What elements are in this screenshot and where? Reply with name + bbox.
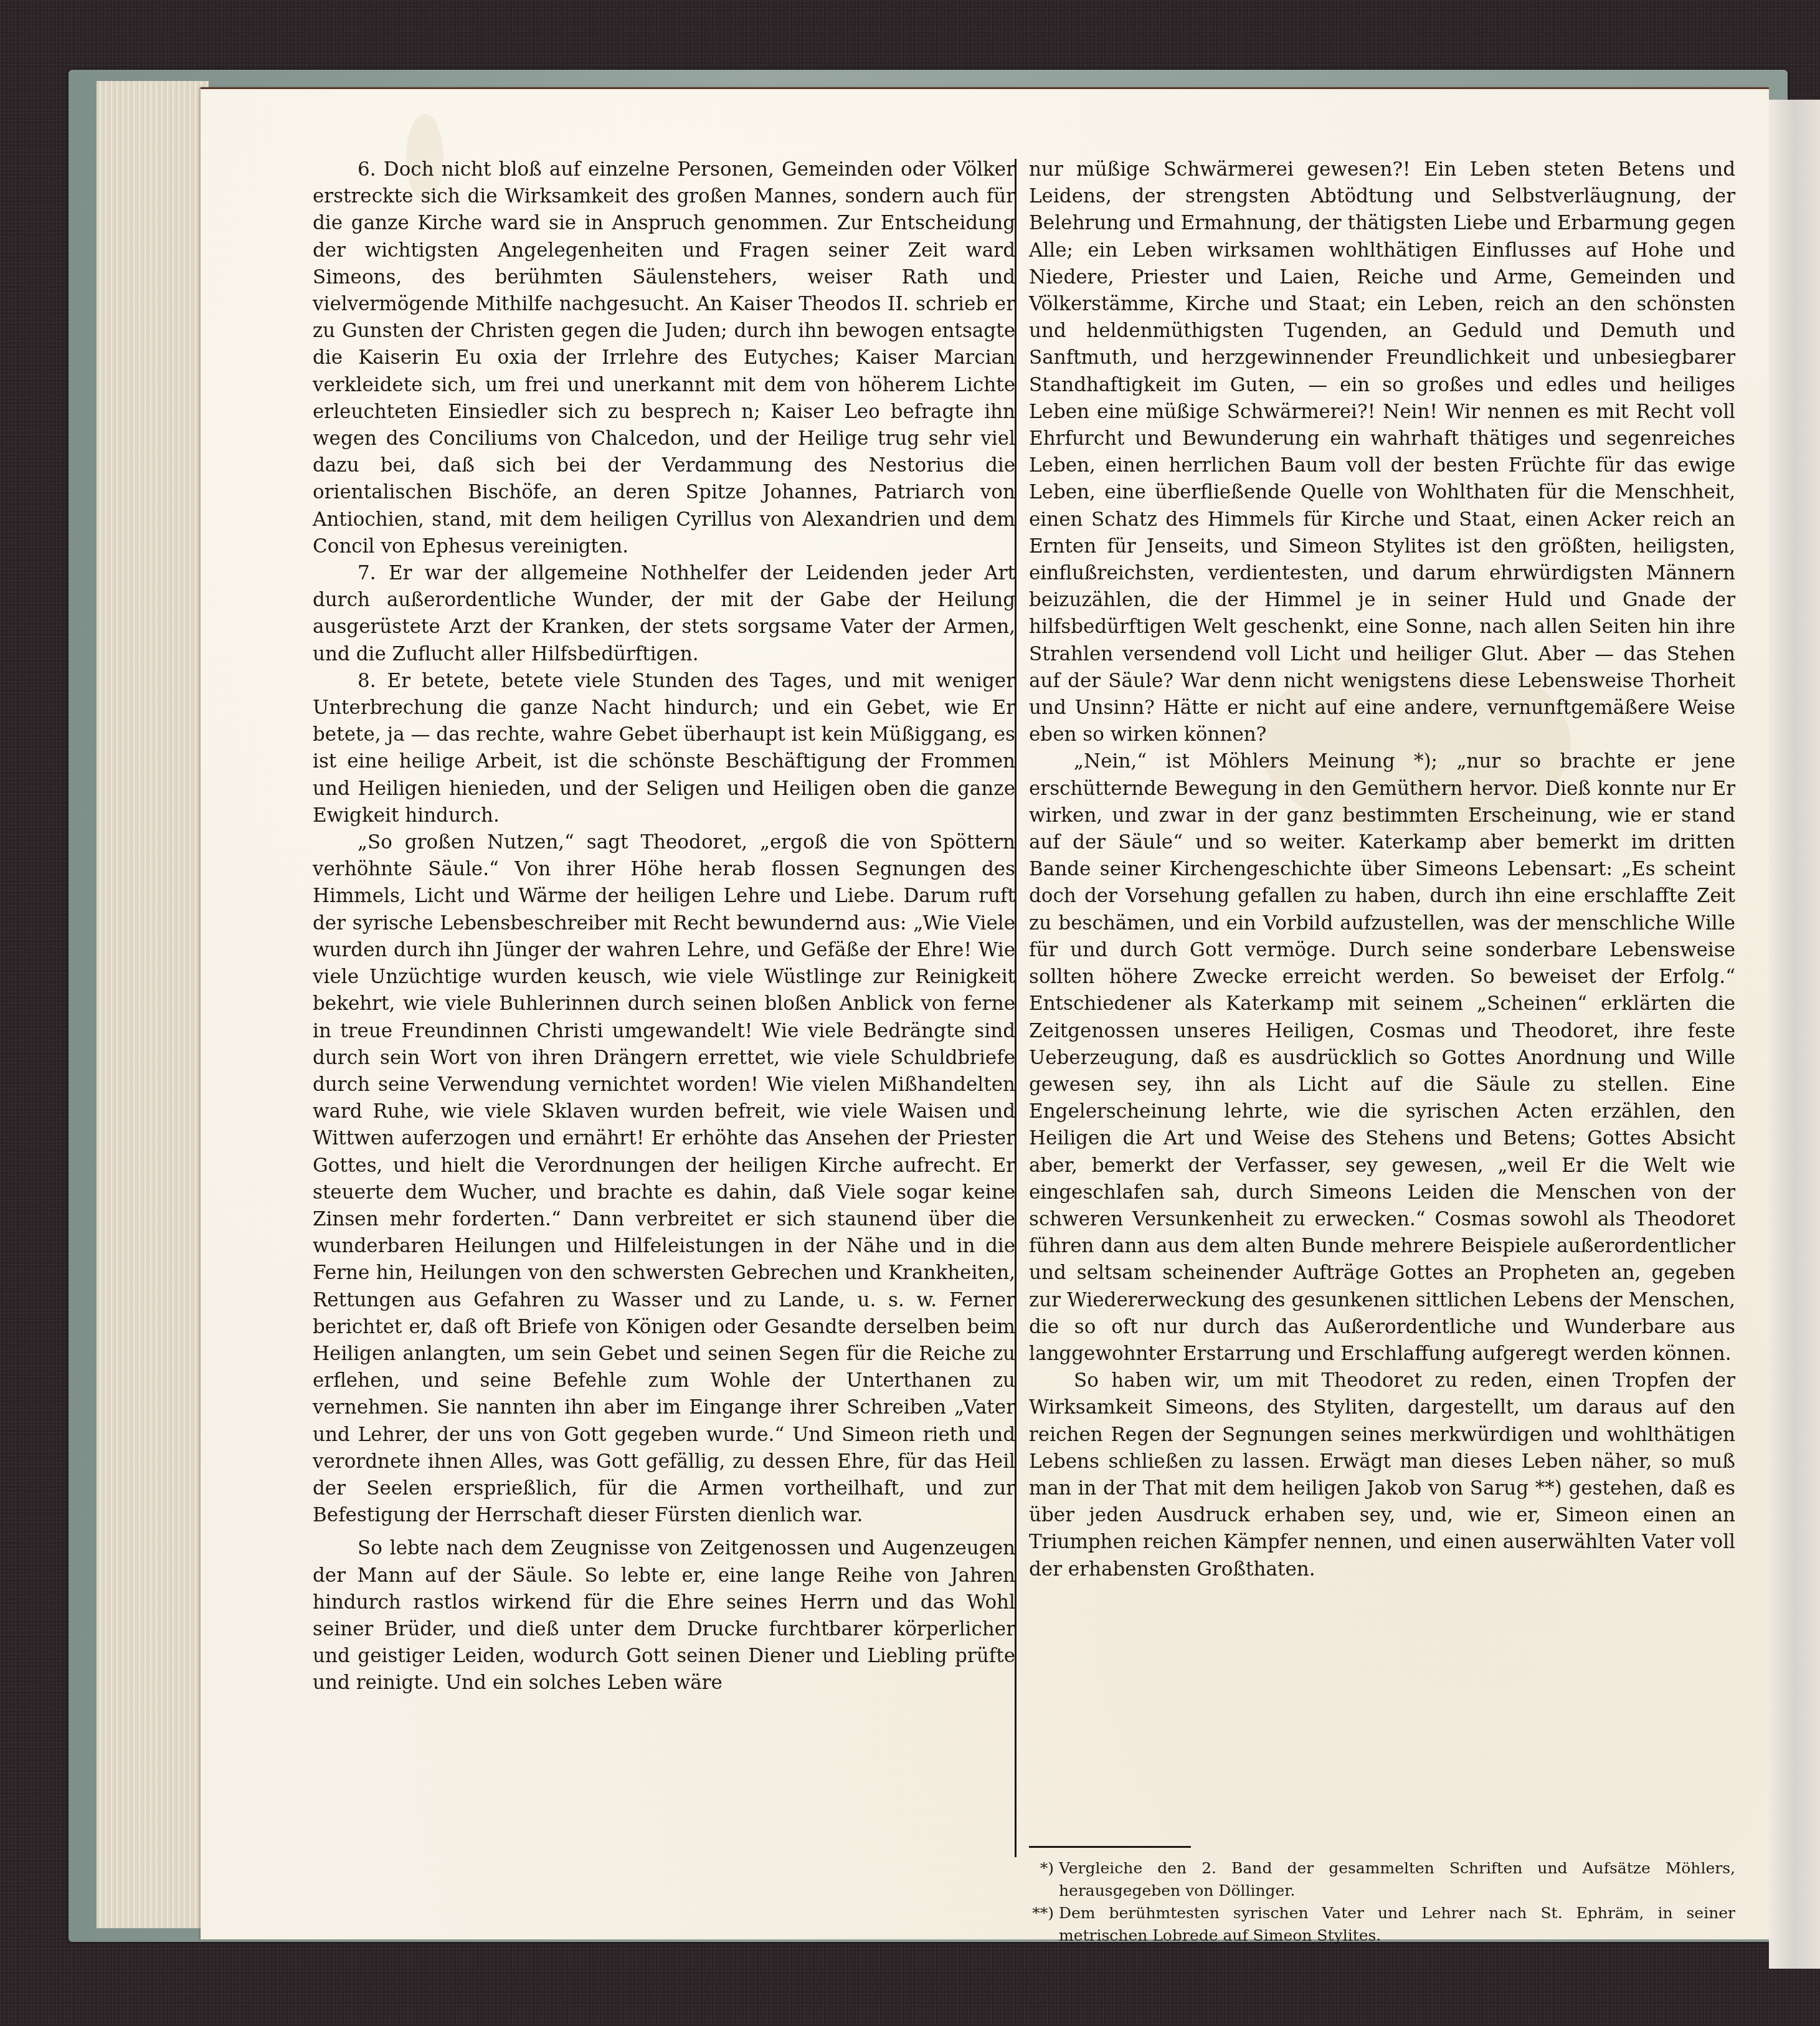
paragraph-moehler: „Nein,“ ist Möhlers Meinung *); „nur so … bbox=[1029, 748, 1735, 1367]
paragraph-continuation: nur müßige Schwärmerei gewesen?! Ein Leb… bbox=[1029, 156, 1735, 748]
facing-page-edge bbox=[1769, 100, 1820, 1969]
paragraph-6: 6. Doch nicht bloß auf einzelne Personen… bbox=[313, 156, 1015, 560]
footnote-text: Dem berühmtesten syrischen Vater und Leh… bbox=[1059, 1902, 1735, 1947]
footnote-marker: **) bbox=[1029, 1902, 1054, 1947]
paragraph-8: 8. Er betete, betete viele Stunden des T… bbox=[313, 668, 1015, 829]
paragraph-theodoret-quote: „So großen Nutzen,“ sagt Theodoret, „erg… bbox=[313, 829, 1015, 1529]
footnote-marker: *) bbox=[1029, 1857, 1054, 1902]
paragraph-so-lebte: So lebte nach dem Zeugnisse von Zeitgeno… bbox=[313, 1535, 1015, 1696]
column-divider bbox=[1015, 159, 1017, 1857]
book-page: 6. Doch nicht bloß auf einzelne Personen… bbox=[201, 87, 1769, 1939]
paragraph-7: 7. Er war der allgemeine Nothhelfer der … bbox=[313, 560, 1015, 668]
footnote-2: **) Dem berühmtesten syrischen Vater und… bbox=[1029, 1902, 1735, 1947]
footnotes: *) Vergleiche den 2. Band der gesammelte… bbox=[1029, 1857, 1735, 1947]
left-column: 6. Doch nicht bloß auf einzelne Personen… bbox=[313, 156, 1015, 1697]
footnote-divider bbox=[1029, 1846, 1191, 1848]
footnote-text: Vergleiche den 2. Band der gesammelten S… bbox=[1059, 1857, 1735, 1902]
footnote-1: *) Vergleiche den 2. Band der gesammelte… bbox=[1029, 1857, 1735, 1902]
page-block-edges bbox=[97, 81, 209, 1928]
right-column: nur müßige Schwärmerei gewesen?! Ein Leb… bbox=[1029, 156, 1735, 1583]
paragraph-conclusion: So haben wir, um mit Theodoret zu reden,… bbox=[1029, 1367, 1735, 1583]
